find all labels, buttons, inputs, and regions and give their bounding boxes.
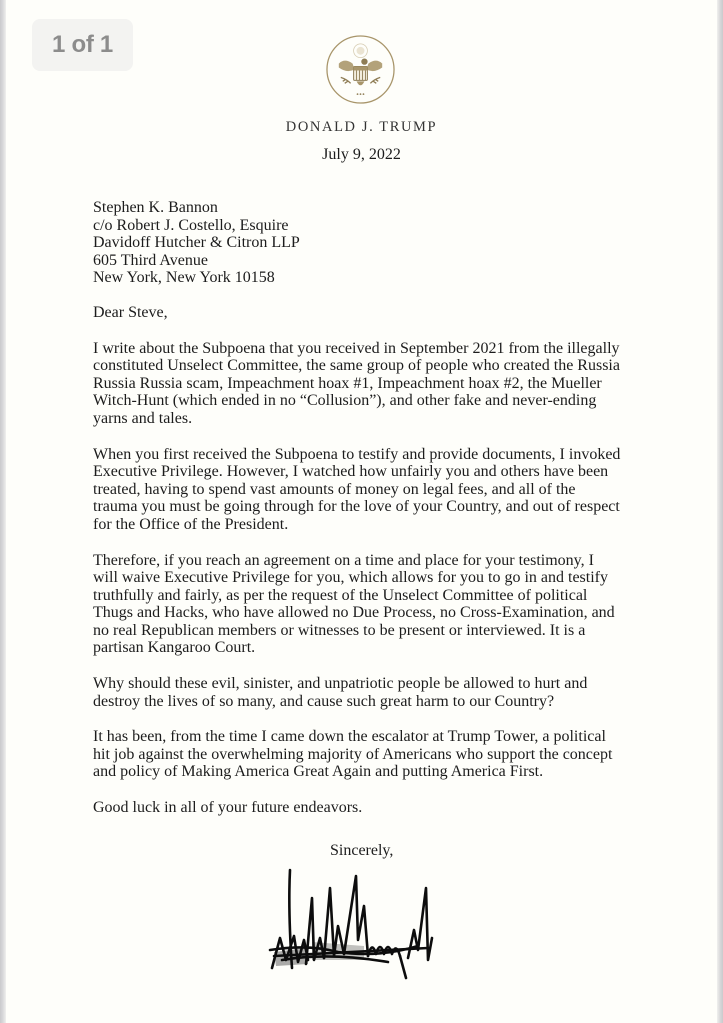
address-line: Davidoff Hutcher & Citron LLP <box>93 234 653 252</box>
letter-paragraph: Good luck in all of your future endeavor… <box>93 799 653 817</box>
paragraph-line: yarns and tales. <box>93 410 653 428</box>
paragraph-line: destroy the lives of so many, and cause … <box>93 693 653 711</box>
letter-paragraph: When you first received the Subpoena to … <box>93 446 653 534</box>
paragraph-line: trauma you must be going through for the… <box>93 498 653 516</box>
paragraph-line: Executive Privilege. However, I watched … <box>93 463 653 481</box>
paragraph-line: It has been, from the time I came down t… <box>93 728 653 746</box>
salutation: Dear Steve, <box>93 304 653 322</box>
letter-paragraphs: I write about the Subpoena that you rece… <box>93 340 653 817</box>
address-line: c/o Robert J. Costello, Esquire <box>93 217 653 235</box>
paragraph-line: Why should these evil, sinister, and unp… <box>93 675 653 693</box>
paragraph-line: constituted Unselect Committee, the same… <box>93 357 653 375</box>
letter-paragraph: Why should these evil, sinister, and unp… <box>93 675 653 710</box>
paragraph-line: will waive Executive Privilege for you, … <box>93 569 653 587</box>
letter-paragraph: I write about the Subpoena that you rece… <box>93 340 653 428</box>
page-indicator-badge: 1 of 1 <box>32 19 133 71</box>
paragraph-line: When you first received the Subpoena to … <box>93 446 653 464</box>
paragraph-line: Witch-Hunt (which ended in no “Collusion… <box>93 392 653 410</box>
letter-paragraph: It has been, from the time I came down t… <box>93 728 653 781</box>
paragraph-line: partisan Kangaroo Court. <box>93 639 653 657</box>
paragraph-line: for the Office of the President. <box>93 516 653 534</box>
paragraph-line: Therefore, if you reach an agreement on … <box>93 552 653 570</box>
great-seal-icon <box>325 34 396 105</box>
closing: Sincerely, <box>330 842 393 860</box>
paragraph-line: I write about the Subpoena that you rece… <box>93 340 653 358</box>
address-line: New York, New York 10158 <box>93 269 653 287</box>
letter-body: Stephen K. Bannon c/o Robert J. Costello… <box>93 199 653 817</box>
paragraph-line: and policy of Making America Great Again… <box>93 763 653 781</box>
recipient-address: Stephen K. Bannon c/o Robert J. Costello… <box>93 199 653 287</box>
paragraph-line: hit job against the overwhelming majorit… <box>93 746 653 764</box>
paragraph-line: Russia Russia scam, Impeachment hoax #1,… <box>93 375 653 393</box>
letter-paragraph: Therefore, if you reach an agreement on … <box>93 552 653 658</box>
paragraph-line: truthfully and fairly, as per the reques… <box>93 587 653 605</box>
paragraph-line: no real Republican members or witnesses … <box>93 622 653 640</box>
letter-date: July 9, 2022 <box>0 146 723 164</box>
paragraph-line: treated, having to spend vast amounts of… <box>93 481 653 499</box>
paragraph-line: Thugs and Hacks, who have allowed no Due… <box>93 604 653 622</box>
address-line: Stephen K. Bannon <box>93 199 653 217</box>
letterhead-name: DONALD J. TRUMP <box>0 119 723 136</box>
address-line: 605 Third Avenue <box>93 252 653 270</box>
handwritten-signature-icon <box>268 860 458 980</box>
paragraph-line: Good luck in all of your future endeavor… <box>93 799 653 817</box>
